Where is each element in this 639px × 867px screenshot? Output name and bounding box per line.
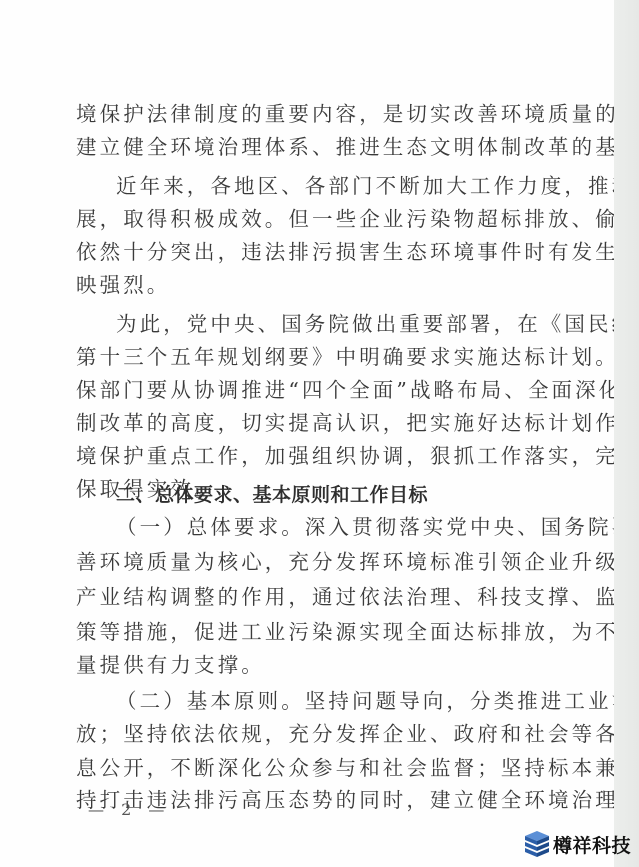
document-page: 境保护法律制度的重要内容，是切实改善环境质量的工作基础，是建立健全环境治理体系、… bbox=[0, 0, 614, 867]
text-line: 境保护重点工作，加强组织协调，狠抓工作落实，完善措施保障，确 bbox=[76, 443, 556, 469]
text-line: 放；坚持依法依规，充分发挥企业、政府和社会等各方作用；坚持信 bbox=[76, 721, 556, 747]
text-line: 制改革的高度，切实提高认识，把实施好达标计划作为“十三五”环 bbox=[76, 410, 556, 436]
text-line: 建立健全环境治理体系、推进生态文明体制改革的基本要求。 bbox=[76, 134, 556, 160]
text-line: 近年来，各地区、各部门不断加大工作力度，推动工业绿色发 bbox=[116, 173, 556, 199]
text-line: 善环境质量为核心，充分发挥环境标准引领企业升级改造和倒逼 bbox=[76, 549, 556, 575]
scan-edge-strip bbox=[614, 0, 639, 867]
text-line: 依然十分突出，违法排污损害生态环境事件时有发生，人民群众反 bbox=[76, 239, 556, 265]
watermark-text: 樽祥科技 bbox=[553, 831, 631, 858]
text-line: 产业结构调整的作用，通过依法治理、科技支撑、监督执法、完善政 bbox=[76, 584, 556, 610]
text-line: 第十三个五年规划纲要》中明确要求实施达标计划。地方各级环 bbox=[76, 344, 556, 370]
section-heading: 二、总体要求、基本原则和工作目标 bbox=[116, 482, 428, 508]
watermark: 樽祥科技 bbox=[524, 826, 631, 862]
text-line: 量提供有力支撑。 bbox=[76, 652, 556, 678]
stacked-layers-logo-icon bbox=[524, 830, 550, 858]
text-line: （二）基本原则。坚持问题导向，分类推进工业污染源达标排 bbox=[116, 688, 556, 714]
text-line: 策等措施，促进工业污染源实现全面达标排放，为不断改善环境质 bbox=[76, 619, 556, 645]
text-line: 为此，党中央、国务院做出重要部署，在《国民经济和社会发展 bbox=[116, 311, 556, 337]
text-line: 保部门要从协调推进“四个全面”战略布局、全面深化生态文明体 bbox=[76, 377, 556, 403]
text-line: （一）总体要求。深入贯彻落实党中央、国务院决策部署，以改 bbox=[116, 514, 556, 540]
text-line: 映强烈。 bbox=[76, 272, 556, 298]
text-line: 展，取得积极成效。但一些企业污染物超标排放、偷排偷放等问题 bbox=[76, 206, 556, 232]
text-line: 息公开，不断深化公众参与和社会监督；坚持标本兼治，在持续保 bbox=[76, 755, 556, 781]
text-line: 境保护法律制度的重要内容，是切实改善环境质量的工作基础，是 bbox=[76, 101, 556, 127]
page-number: — 2 — bbox=[88, 800, 170, 819]
